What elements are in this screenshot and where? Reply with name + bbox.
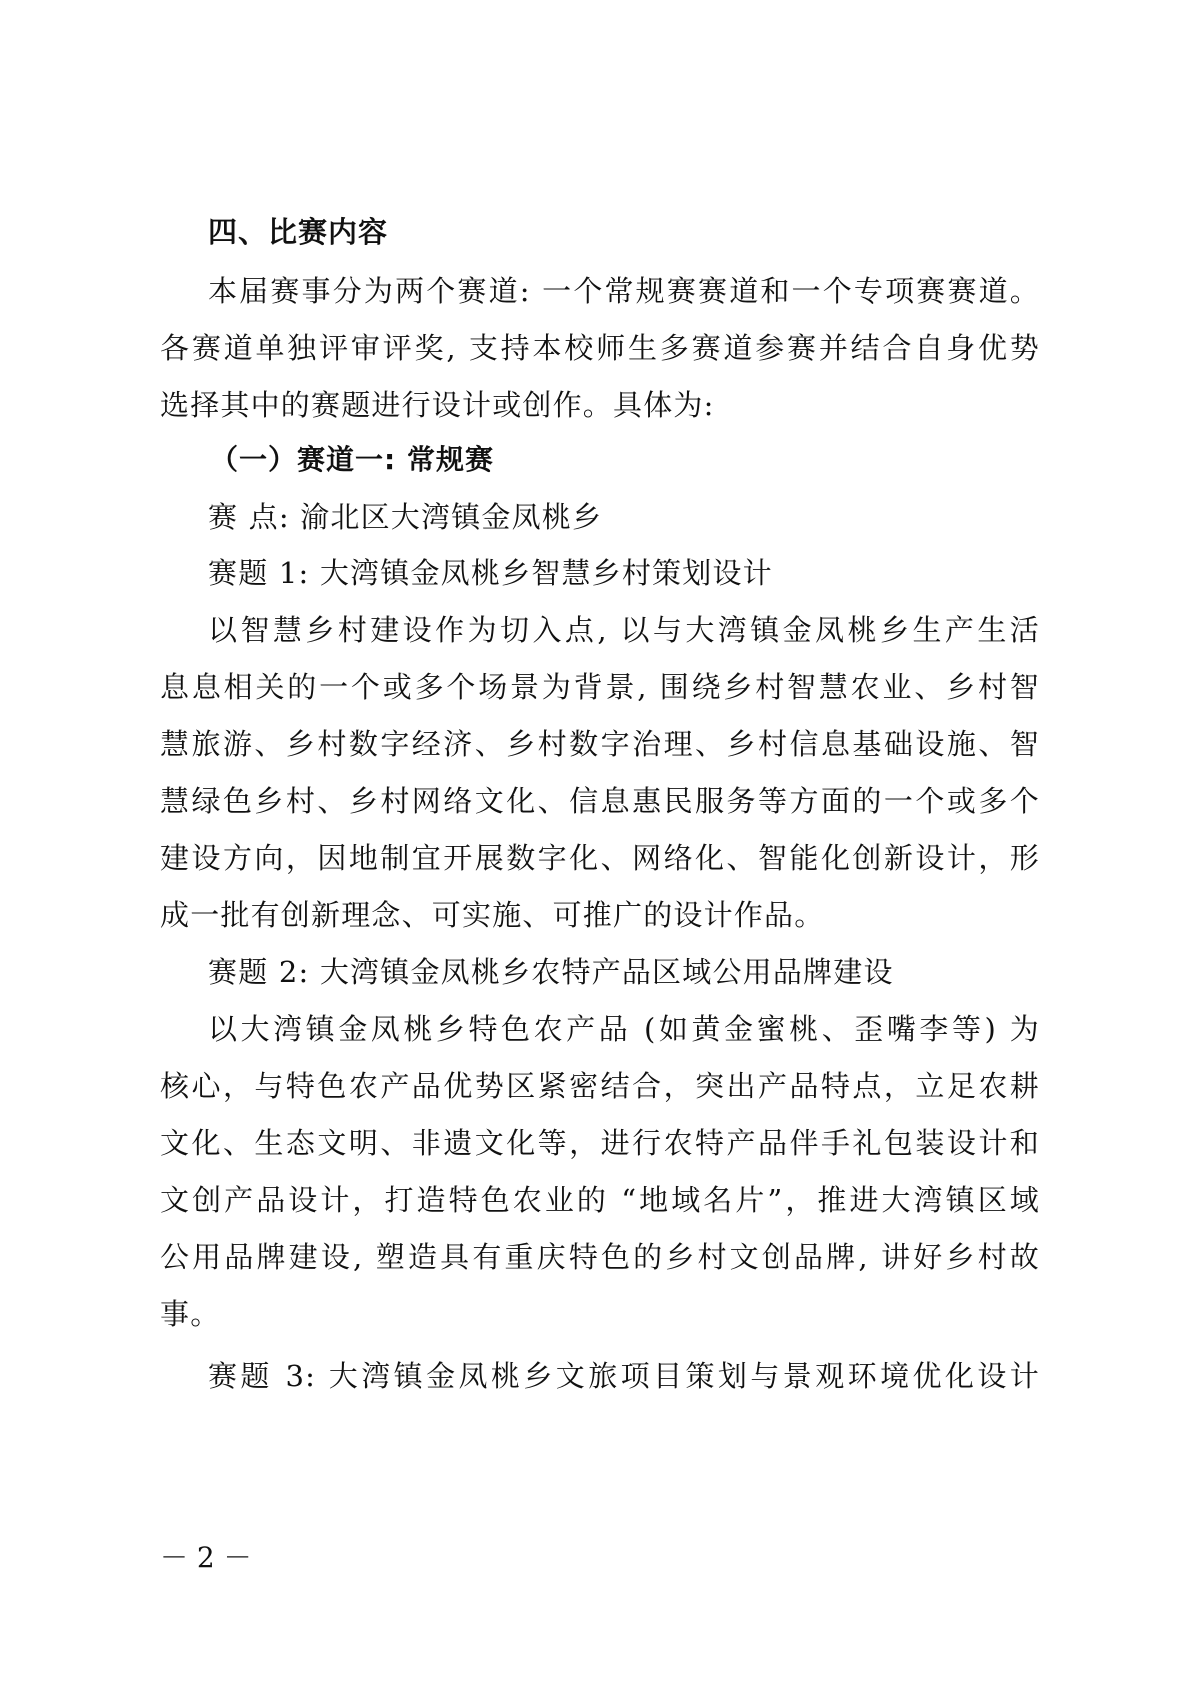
track-one-venue: 赛 点: 渝北区大湾镇金凤桃乡 [208, 497, 1040, 537]
topic-2-line-5: 公用品牌建设, 塑造具有重庆特色的乡村文创品牌, 讲好乡村故 [160, 1237, 1040, 1277]
topic-3-title: 赛题 3: 大湾镇金凤桃乡文旅项目策划与景观环境优化设计 [208, 1356, 1040, 1396]
intro-line-3: 选择其中的赛题进行设计或创作。具体为: [160, 385, 1040, 425]
topic-1-line-4: 慧绿色乡村、乡村网络文化、信息惠民服务等方面的一个或多个 [160, 781, 1040, 821]
topic-1-line-2: 息息相关的一个或多个场景为背景, 围绕乡村智慧农业、乡村智 [160, 667, 1040, 707]
topic-1-line-6: 成一批有创新理念、可实施、可推广的设计作品。 [160, 895, 1040, 935]
topic-1-title: 赛题 1: 大湾镇金凤桃乡智慧乡村策划设计 [208, 553, 1040, 593]
topic-2-line-6: 事。 [160, 1294, 1040, 1334]
topic-1-line-3: 慧旅游、乡村数字经济、乡村数字治理、乡村信息基础设施、智 [160, 724, 1040, 764]
topic-1-line-1: 以智慧乡村建设作为切入点, 以与大湾镇金凤桃乡生产生活 [208, 610, 1040, 650]
topic-2-line-2: 核心，与特色农产品优势区紧密结合，突出产品特点，立足农耕 [160, 1066, 1040, 1106]
page-number: － 2 － [160, 1540, 252, 1576]
intro-line-1: 本届赛事分为两个赛道: 一个常规赛赛道和一个专项赛赛道。 [208, 271, 1040, 311]
intro-line-2: 各赛道单独评审评奖, 支持本校师生多赛道参赛并结合自身优势 [160, 328, 1040, 368]
track-one-heading: （一）赛道一: 常规赛 [210, 440, 494, 480]
topic-2-line-1: 以大湾镇金凤桃乡特色农产品 (如黄金蜜桃、歪嘴李等) 为 [208, 1009, 1040, 1049]
topic-2-line-3: 文化、生态文明、非遗文化等，进行农特产品伴手礼包装设计和 [160, 1123, 1040, 1163]
topic-1-line-5: 建设方向，因地制宜开展数字化、网络化、智能化创新设计，形 [160, 838, 1040, 878]
topic-2-line-4: 文创产品设计，打造特色农业的 “地域名片”，推进大湾镇区域 [160, 1180, 1040, 1220]
topic-2-title: 赛题 2: 大湾镇金凤桃乡农特产品区域公用品牌建设 [208, 952, 1040, 992]
section-heading: 四、比赛内容 [208, 212, 388, 252]
document-page: 四、比赛内容 本届赛事分为两个赛道: 一个常规赛赛道和一个专项赛赛道。 各赛道单… [0, 0, 1191, 1684]
